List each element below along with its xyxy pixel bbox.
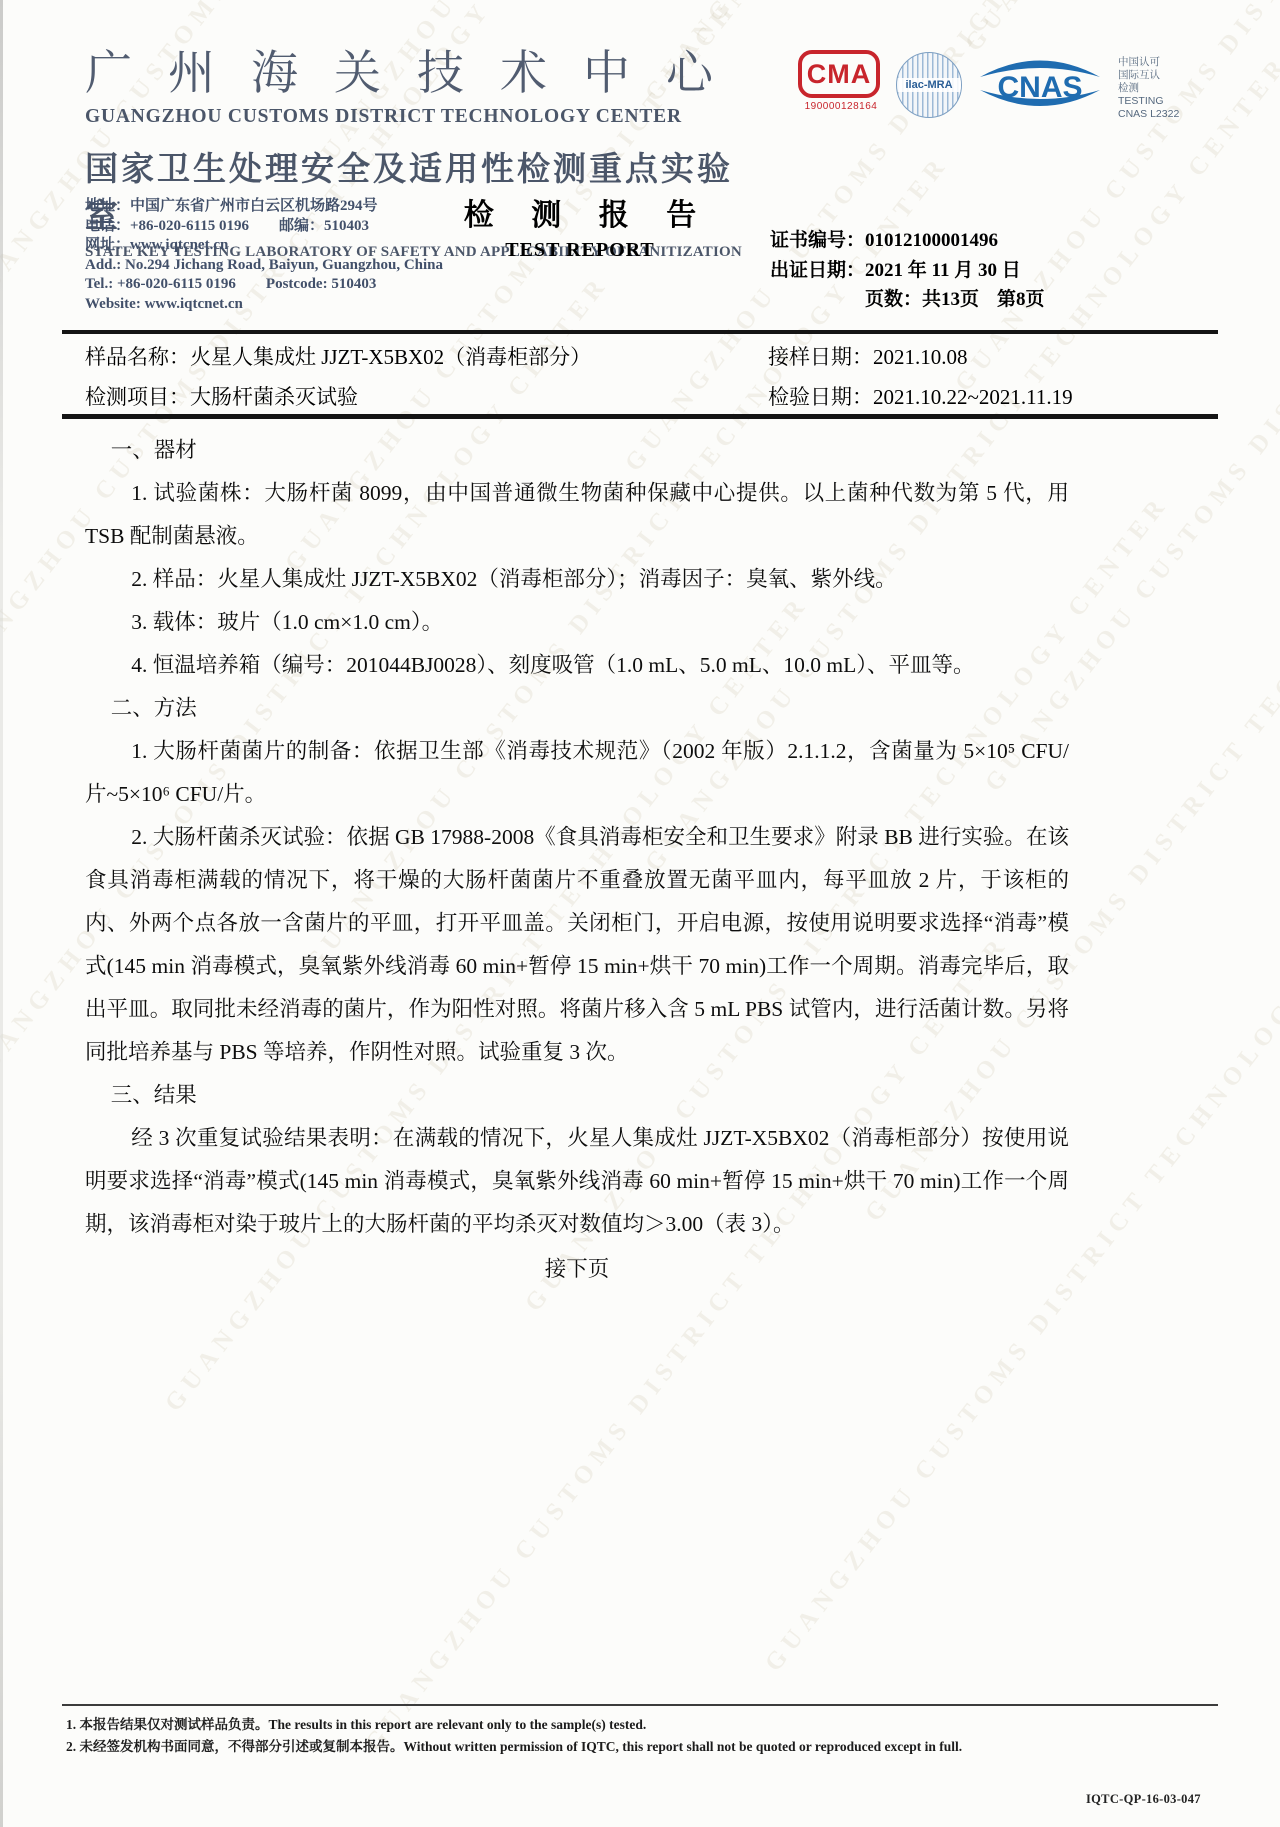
test-date-label: 检验日期： — [768, 385, 873, 409]
page-count-row: 页数：共13页第8页 — [865, 285, 1045, 315]
ilac-mra-logo-icon: ilac-MRA — [896, 52, 962, 118]
address-cn-text: 地址：中国广东省广州市白云区机场路294号 — [85, 198, 378, 214]
cnas-label: CNAS — [997, 71, 1082, 104]
received-date-row: 接样日期：2021.10.08 — [768, 341, 968, 371]
method-paragraph: 2. 大肠杆菌杀灭试验：依据 GB 17988-2008《食具消毒柜安全和卫生要… — [85, 816, 1069, 1074]
postcode-en-text: Postcode: 510403 — [266, 276, 376, 292]
contact-block: 地址：中国广东省广州市白云区机场路294号 电话：+86-020-6115 01… — [85, 197, 443, 314]
cma-mark-icon: CMA — [798, 50, 880, 98]
issue-date-label: 出证日期： — [770, 260, 865, 281]
scan-edge-artifact — [0, 0, 3, 1827]
website-cn: 网址：www.iqtcnet.cn — [85, 236, 443, 256]
cnas-logo: CNAS — [974, 52, 1106, 119]
test-item-row: 检测项目：大肠杆菌杀灭试验 — [85, 381, 358, 411]
certificate-info: 证书编号：01012100001496 出证日期：2021 年 11 月 30 … — [770, 226, 1045, 315]
address-cn: 地址：中国广东省广州市白云区机场路294号 — [85, 197, 443, 217]
report-title: 检 测 报 告 TEST REPORT — [425, 190, 735, 262]
cma-certificate-number: 190000128164 — [798, 101, 884, 112]
received-date-label: 接样日期： — [768, 345, 873, 369]
test-date-value: 2021.10.22~2021.11.19 — [873, 385, 1073, 409]
sample-divider — [62, 414, 1218, 419]
section-heading-method: 二、方法 — [85, 687, 1069, 730]
accreditation-logos: CMA 190000128164 ilac-MRA CNAS 中国认可 国际互认… — [798, 50, 1179, 121]
materials-item: 3. 载体：玻片（1.0 cm×1.0 cm）。 — [85, 601, 1069, 644]
cnas-caption-line: 中国认可 — [1118, 56, 1179, 69]
header-divider — [62, 330, 1218, 334]
section-heading-materials: 一、器材 — [85, 429, 1069, 472]
pages-total-value: 共13页 — [922, 289, 979, 310]
sample-name-row: 样品名称：火星人集成灶 JJZT-X5BX02（消毒柜部分） — [85, 341, 591, 371]
materials-item: 1. 试验菌株：大肠杆菌 8099，由中国普通微生物菌种保藏中心提供。以上菌种代… — [85, 472, 1069, 558]
results-paragraph: 经 3 次重复试验结果表明：在满载的情况下，火星人集成灶 JJZT-X5BX02… — [85, 1117, 1069, 1246]
report-body: 一、器材 1. 试验菌株：大肠杆菌 8099，由中国普通微生物菌种保藏中心提供。… — [85, 429, 1069, 1291]
cnas-swoosh-icon: CNAS — [974, 52, 1106, 114]
issue-date-row: 出证日期：2021 年 11 月 30 日 — [770, 256, 1045, 286]
sample-name-value: 火星人集成灶 JJZT-X5BX02（消毒柜部分） — [190, 345, 591, 369]
method-paragraph: 1. 大肠杆菌菌片的制备：依据卫生部《消毒技术规范》（2002 年版）2.1.1… — [85, 730, 1069, 816]
test-date-row: 检验日期：2021.10.22~2021.11.19 — [768, 381, 1073, 411]
document-code: IQTC-QP-16-03-047 — [1086, 1792, 1201, 1807]
org-title-english: GUANGZHOU CUSTOMS DISTRICT TECHNOLOGY CE… — [85, 106, 745, 128]
website-cn-text: 网址：www.iqtcnet.cn — [85, 237, 228, 253]
footer-note-1: 1. 本报告结果仅对测试样品负责。The results in this rep… — [66, 1714, 962, 1736]
website-en-text: Website: www.iqtcnet.cn — [85, 296, 243, 312]
certificate-number-value: 01012100001496 — [865, 230, 998, 251]
cnas-caption-line: 检测 — [1118, 82, 1179, 95]
section-heading-results: 三、结果 — [85, 1074, 1069, 1117]
postcode-cn-text: 邮编：510403 — [279, 218, 369, 234]
cnas-caption-line: CNAS L2322 — [1118, 108, 1179, 121]
page-count-label: 页数： — [865, 289, 922, 310]
footer-notes: 1. 本报告结果仅对测试样品负责。The results in this rep… — [66, 1714, 962, 1758]
test-item-label: 检测项目： — [85, 385, 190, 409]
footer-note-2: 2. 未经签发机构书面同意，不得部分引述或复制本报告。Without writt… — [66, 1736, 962, 1758]
received-date-value: 2021.10.08 — [873, 345, 968, 369]
phone-postcode-en: Tel.: +86-020-6115 0196Postcode: 510403 — [85, 275, 443, 295]
test-item-value: 大肠杆菌杀灭试验 — [190, 385, 358, 409]
phone-postcode-cn: 电话：+86-020-6115 0196邮编：510403 — [85, 217, 443, 237]
cnas-caption-line: 国际互认 — [1118, 69, 1179, 82]
website-en: Website: www.iqtcnet.cn — [85, 295, 443, 315]
continued-next-page: 接下页 — [85, 1248, 1069, 1291]
phone-en-text: Tel.: +86-020-6115 0196 — [85, 276, 236, 292]
cnas-caption: 中国认可 国际互认 检测 TESTING CNAS L2322 — [1118, 56, 1179, 121]
page-current-value: 第8页 — [997, 289, 1045, 310]
certificate-number-label: 证书编号： — [770, 230, 865, 251]
phone-cn-text: 电话：+86-020-6115 0196 — [85, 218, 249, 234]
org-title-chinese: 广州海关技术中心 — [85, 36, 745, 103]
ilac-mra-label: ilac-MRA — [897, 78, 961, 92]
watermark-text: GUANGZHOU CUSTOMS DISTRICT TECHNOLOGY CE… — [960, 0, 1280, 57]
sample-name-label: 样品名称： — [85, 345, 190, 369]
report-title-english: TEST REPORT — [425, 239, 735, 262]
test-report-page: GUANGZHOU CUSTOMS DISTRICT TECHNOLOGY CE… — [0, 0, 1280, 1827]
address-en: Add.: No.294 Jichang Road, Baiyun, Guang… — [85, 256, 443, 276]
footer-divider — [62, 1704, 1218, 1706]
report-title-chinese: 检 测 报 告 — [425, 190, 735, 234]
cma-logo: CMA 190000128164 — [798, 50, 884, 112]
materials-item: 4. 恒温培养箱（编号：201044BJ0028）、刻度吸管（1.0 mL、5.… — [85, 644, 1069, 687]
cnas-caption-line: TESTING — [1118, 95, 1179, 108]
materials-item: 2. 样品：火星人集成灶 JJZT-X5BX02（消毒柜部分）；消毒因子：臭氧、… — [85, 558, 1069, 601]
issue-date-value: 2021 年 11 月 30 日 — [865, 260, 1021, 281]
address-en-text: Add.: No.294 Jichang Road, Baiyun, Guang… — [85, 257, 443, 273]
certificate-number-row: 证书编号：01012100001496 — [770, 226, 1045, 256]
